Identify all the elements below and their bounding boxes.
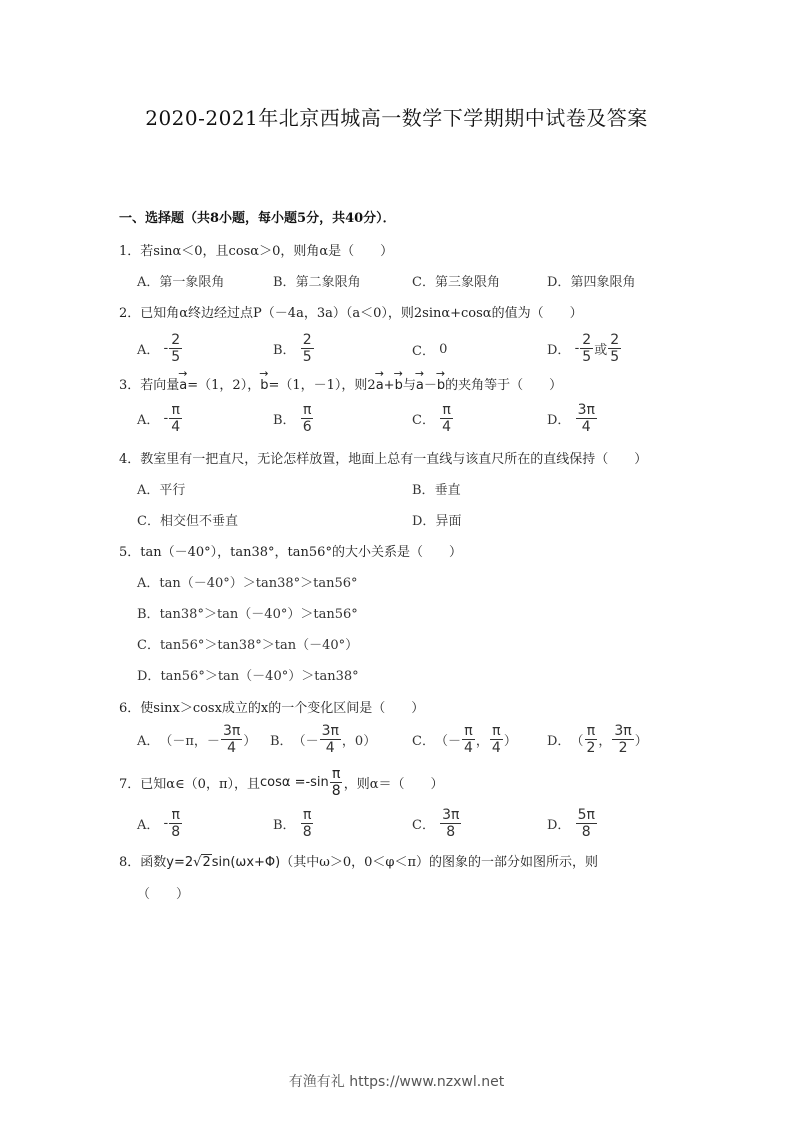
option-d: D． 3π4 — [547, 402, 598, 435]
option-a: A．第一象限角 — [137, 271, 224, 290]
option-d: D． 5π8 — [547, 807, 598, 840]
option-b: B． π8 — [273, 807, 315, 840]
option-b: B．（－3π4，0） — [270, 723, 376, 756]
option-a: A．平行 — [137, 479, 185, 498]
question-3-options: A． -π4 B． π6 C． π4 D． 3π4 — [137, 402, 697, 436]
option-d: D．第四象限角 — [547, 271, 635, 290]
option-c: C．第三象限角 — [412, 271, 500, 290]
question-7-stem: 7．已知α∈（0，π），且cosα =-sinπ8，则α＝（ ） — [119, 766, 444, 799]
vector-b: b — [260, 374, 268, 393]
question-text: 已知角α终边经过点P（－4a，3a）（a＜0），则2sinα+cosα的值为（ … — [140, 306, 582, 321]
vector-a: a — [179, 374, 187, 393]
question-6-options: A．（－π，－3π4） B．（－3π4，0） C．（－π4，π4） D．（π2，… — [137, 723, 697, 757]
question-4-options-row2: C．相交但不垂直 D．异面 — [137, 510, 697, 528]
question-8-answer-blank: （ ） — [137, 883, 189, 902]
option-b: B． 25 — [273, 332, 315, 365]
question-8-stem: 8．函数y=2√2sin(ωx+Φ)（其中ω＞0，0＜φ＜π）的图象的一部分如图… — [119, 851, 598, 870]
option-a: A． -π4 — [137, 402, 183, 435]
question-number: 2． — [119, 306, 140, 321]
option-b: B．垂直 — [412, 479, 461, 498]
option-a: A．（－π，－3π4） — [137, 723, 256, 756]
question-number: 1． — [119, 244, 140, 259]
question-6-stem: 6．使sinx＞cosx成立的x的一个变化区间是（ ） — [119, 697, 424, 716]
question-5-option-c: C．tan56°＞tan38°＞tan（－40°） — [137, 634, 358, 653]
option-d: D． -25或25 — [547, 332, 622, 365]
option-a: A． -π8 — [137, 807, 183, 840]
question-5-stem: 5．tan（－40°），tan38°，tan56°的大小关系是（ ） — [119, 541, 462, 560]
question-5-option-a: A．tan（－40°）＞tan38°＞tan56° — [137, 572, 358, 591]
question-text: 若sinα＜0，且cosα＞0，则角α是（ ） — [140, 244, 393, 259]
option-a: A． -25 — [137, 332, 183, 365]
section-heading: 一、选择题（共8小题，每小题5分，共40分）． — [119, 207, 396, 226]
option-c: C．（－π4，π4） — [412, 723, 517, 756]
question-7-options: A． -π8 B． π8 C． 3π8 D． 5π8 — [137, 807, 697, 841]
question-2-options: A． -25 B． 25 C． 0 D． -25或25 — [137, 332, 697, 366]
option-d: D．（π2，3π2） — [547, 723, 648, 756]
vector-a: a — [416, 374, 424, 393]
question-4-options-row1: A．平行 B．垂直 — [137, 479, 697, 497]
vector-b: b — [437, 374, 445, 393]
option-d: D．异面 — [412, 510, 461, 529]
question-4-stem: 4．教室里有一把直尺，无论怎样放置，地面上总有一直线与该直尺所在的直线保持（ ） — [119, 448, 647, 467]
option-c: C．相交但不垂直 — [137, 510, 238, 529]
option-b: B．第二象限角 — [273, 271, 361, 290]
question-1-options: A．第一象限角 B．第二象限角 C．第三象限角 D．第四象限角 — [137, 271, 697, 289]
option-c: C． π4 — [412, 402, 454, 435]
question-5-option-b: B．tan38°＞tan（－40°）＞tan56° — [137, 603, 358, 622]
question-3-stem: 3．若向量a=（1，2），b=（1，－1），则2a+b与a－b的夹角等于（ ） — [119, 374, 562, 393]
question-1-stem: 1．若sinα＜0，且cosα＞0，则角α是（ ） — [119, 240, 393, 259]
vector-a: a — [376, 374, 384, 393]
page-title: 2020-2021年北京西城高一数学下学期期中试卷及答案 — [0, 102, 793, 131]
vector-b: b — [395, 374, 403, 393]
question-2-stem: 2．已知角α终边经过点P（－4a，3a）（a＜0），则2sinα+cosα的值为… — [119, 302, 583, 321]
option-b: B． π6 — [273, 402, 315, 435]
question-5-option-d: D．tan56°＞tan（－40°）＞tan38° — [137, 665, 359, 684]
option-c: C． 3π8 — [412, 807, 462, 840]
footer-watermark: 有渔有礼 https://www.nzxwl.net — [0, 1071, 793, 1091]
option-c: C． 0 — [412, 340, 447, 359]
